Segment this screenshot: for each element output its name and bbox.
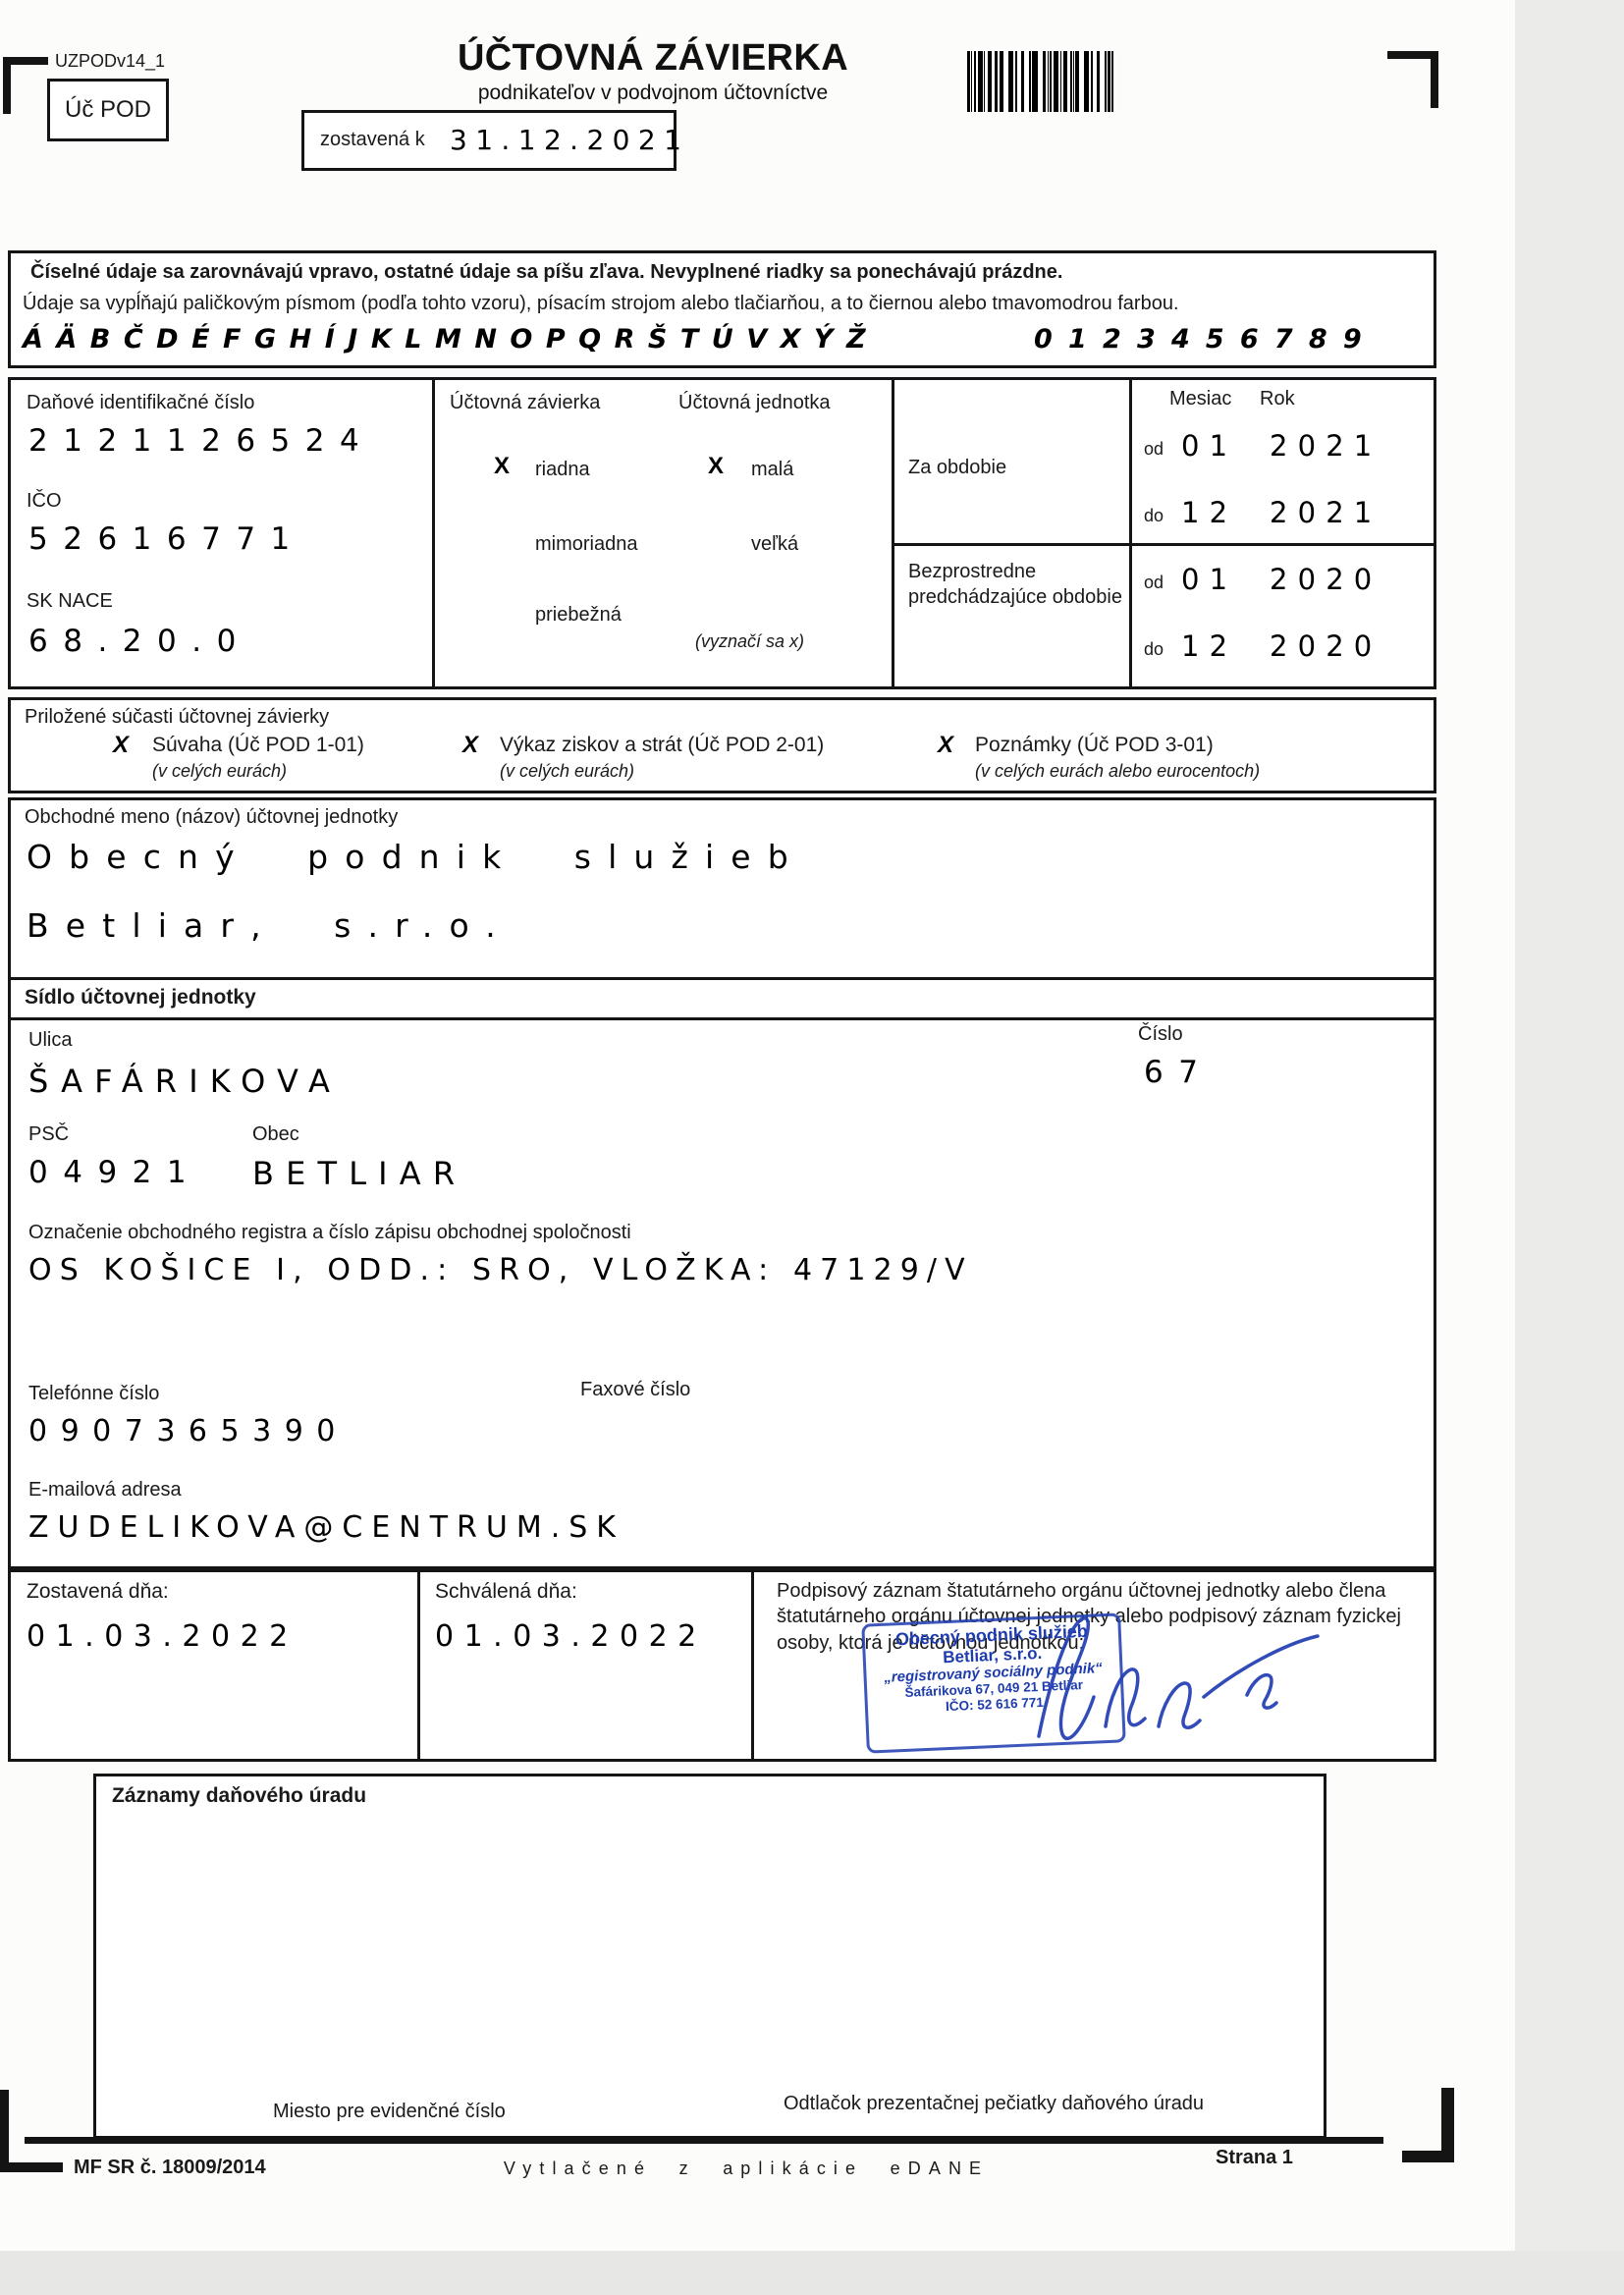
email-value: ZUDELIKOVA@CENTRUM.SK xyxy=(28,1510,624,1545)
form-version-code: UZPODv14_1 xyxy=(55,51,165,72)
do-label-prev: do xyxy=(1144,639,1164,660)
dic-value: 2121126524 xyxy=(28,423,374,459)
form-id-label: Úč POD xyxy=(65,96,151,124)
street-label: Ulica xyxy=(28,1029,72,1052)
sknace-value: 68.20.0 xyxy=(28,624,251,659)
registry-label: Označenie obchodného registra a číslo zá… xyxy=(28,1222,631,1244)
approved-on-value: 01.03.2022 xyxy=(435,1619,707,1654)
checkbox-poznamky: X xyxy=(938,732,953,759)
barcode xyxy=(967,51,1116,112)
city-value: BETLIAR xyxy=(252,1155,466,1192)
current-do-year: 2021 xyxy=(1270,496,1381,529)
crop-mark-bottom-right xyxy=(1402,2151,1454,2162)
scan-edge-bottom xyxy=(0,2251,1624,2295)
street-value: ŠAFÁRIKOVA xyxy=(28,1063,342,1100)
od-label: od xyxy=(1144,439,1164,460)
fax-label: Faxové číslo xyxy=(580,1379,690,1401)
attachment-suvaha: Súvaha (Úč POD 1-01) xyxy=(152,734,364,757)
divider xyxy=(11,1017,1434,1020)
divider xyxy=(892,380,894,686)
option-riadna: riadna xyxy=(535,459,590,481)
attachment-vykaz: Výkaz ziskov a strát (Úč POD 2-01) xyxy=(500,734,824,757)
sample-letters: ÁÄBČDÉFGHÍJKLMNOPQRŠTÚVXÝŽ xyxy=(23,324,879,355)
crop-mark-top-left-v xyxy=(3,57,11,114)
company-name-line2: Betliar, s.r.o. xyxy=(27,906,513,945)
current-do-month: 12 xyxy=(1181,496,1237,529)
checkbox-vykaz: X xyxy=(462,732,478,759)
instructions-box: Číselné údaje sa zarovnávajú vpravo, ost… xyxy=(8,250,1436,368)
zip-label: PSČ xyxy=(28,1123,69,1146)
form-title: ÚČTOVNÁ ZÁVIERKA xyxy=(334,37,972,80)
compiled-on-label: Zostavená dňa: xyxy=(27,1580,169,1604)
divider xyxy=(432,380,435,686)
form-id-box: Úč POD xyxy=(47,79,169,141)
city-label: Obec xyxy=(252,1123,299,1146)
year-label: Rok xyxy=(1260,388,1295,410)
sknace-label: SK NACE xyxy=(27,590,113,613)
crop-mark-bottom-left-v xyxy=(0,2090,9,2172)
zip-value: 04921 xyxy=(28,1155,201,1190)
divider xyxy=(751,1572,754,1759)
attachments-box: Priložené súčasti účtovnej závierky X Sú… xyxy=(8,697,1436,793)
registry-value: OS KOŠICE I, ODD.: SRO, VLOŽKA: 47129/V xyxy=(28,1253,973,1287)
address-section-title: Sídlo účtovnej jednotky xyxy=(25,986,256,1010)
tax-stamp-label: Odtlačok prezentačnej pečiatky daňového … xyxy=(784,2093,1204,2115)
tax-office-box: Záznamy daňového úradu Miesto pre eviden… xyxy=(93,1774,1326,2139)
checkbox-mala: X xyxy=(708,453,724,480)
current-od-year: 2021 xyxy=(1270,429,1381,463)
approved-on-label: Schválená dňa: xyxy=(435,1580,577,1604)
instruction-line-2: Údaje sa vypĺňajú paličkovým písmom (pod… xyxy=(23,293,1179,315)
form-subtitle: podnikateľov v podvojnom účtovníctve xyxy=(334,82,972,105)
sample-digits: 0123456789 xyxy=(1034,324,1378,355)
company-name-line1: Obecný podnik služieb xyxy=(27,838,805,876)
company-name-label: Obchodné meno (názov) účtovnej jednotky xyxy=(25,806,398,829)
dic-label: Daňové identifikačné číslo xyxy=(27,392,254,414)
do-label: do xyxy=(1144,506,1164,526)
tax-office-title: Záznamy daňového úradu xyxy=(112,1784,366,1808)
handwritten-signature xyxy=(1011,1579,1326,1761)
divider xyxy=(417,1572,420,1759)
divider xyxy=(892,543,1434,546)
divider xyxy=(1129,380,1132,686)
attachment-poznamky-note: (v celých eurách alebo eurocentoch) xyxy=(975,761,1260,782)
scanned-form-page: UZPODv14_1 Úč POD ÚČTOVNÁ ZÁVIERKA podni… xyxy=(0,0,1624,2295)
compiled-on-value: 01.03.2022 xyxy=(27,1619,298,1654)
compiled-date-label: zostavená k xyxy=(320,129,425,151)
previous-od-year: 2020 xyxy=(1270,563,1381,596)
crop-mark-top-right-v xyxy=(1431,51,1438,108)
previous-period-label: Bezprostredne predchádzajúce obdobie xyxy=(908,559,1139,610)
crop-mark-bottom-left xyxy=(0,2162,63,2172)
phone-value: 0907365390 xyxy=(28,1414,349,1448)
current-od-month: 01 xyxy=(1181,429,1237,463)
footer-form-ref: MF SR č. 18009/2014 xyxy=(74,2157,266,2179)
option-mimoriadna: mimoriadna xyxy=(535,533,637,556)
instruction-line-1: Číselné údaje sa zarovnávajú vpravo, ost… xyxy=(30,261,1062,284)
previous-do-month: 12 xyxy=(1181,629,1237,663)
company-name-box: Obchodné meno (názov) účtovnej jednotky … xyxy=(8,797,1436,983)
identification-box: Daňové identifikačné číslo 2121126524 IČ… xyxy=(8,377,1436,689)
mark-note: (vyznačí sa x) xyxy=(695,631,804,652)
compiled-date-value: 31.12.2021 xyxy=(450,124,689,156)
compiled-date-box: zostavená k 31.12.2021 xyxy=(301,110,677,171)
address-box: Sídlo účtovnej jednotky Ulica ŠAFÁRIKOVA… xyxy=(8,977,1436,1569)
number-label: Číslo xyxy=(1138,1023,1183,1046)
option-priebezna: priebežná xyxy=(535,604,622,627)
number-value: 67 xyxy=(1144,1055,1213,1090)
previous-od-month: 01 xyxy=(1181,563,1237,596)
jednotka-label: Účtovná jednotka xyxy=(678,392,831,414)
evidence-number-label: Miesto pre evidenčné číslo xyxy=(273,2101,506,2123)
attachment-poznamky: Poznámky (Úč POD 3-01) xyxy=(975,734,1214,757)
attachment-suvaha-note: (v celých eurách) xyxy=(152,761,287,782)
zavierka-label: Účtovná závierka xyxy=(450,392,600,414)
footer-printed-from: Vytlačené z aplikácie eDANE xyxy=(432,2158,1060,2179)
month-label: Mesiac xyxy=(1169,388,1231,410)
footer-page-number: Strana 1 xyxy=(1216,2147,1293,2169)
checkbox-riadna: X xyxy=(494,453,510,480)
od-label-prev: od xyxy=(1144,573,1164,593)
ico-value: 52616771 xyxy=(28,521,305,557)
option-mala: malá xyxy=(751,459,793,481)
form-title-block: ÚČTOVNÁ ZÁVIERKA podnikateľov v podvojno… xyxy=(334,37,972,105)
phone-label: Telefónne číslo xyxy=(28,1383,159,1405)
previous-do-year: 2020 xyxy=(1270,629,1381,663)
checkbox-suvaha: X xyxy=(113,732,129,759)
option-velka: veľká xyxy=(751,533,798,556)
email-label: E-mailová adresa xyxy=(28,1479,182,1502)
ico-label: IČO xyxy=(27,490,62,513)
attachment-vykaz-note: (v celých eurách) xyxy=(500,761,634,782)
attachments-title: Priložené súčasti účtovnej závierky xyxy=(25,706,329,729)
bottom-rule xyxy=(25,2137,1383,2144)
current-period-label: Za obdobie xyxy=(908,457,1006,479)
scan-edge-right xyxy=(1515,0,1624,2295)
